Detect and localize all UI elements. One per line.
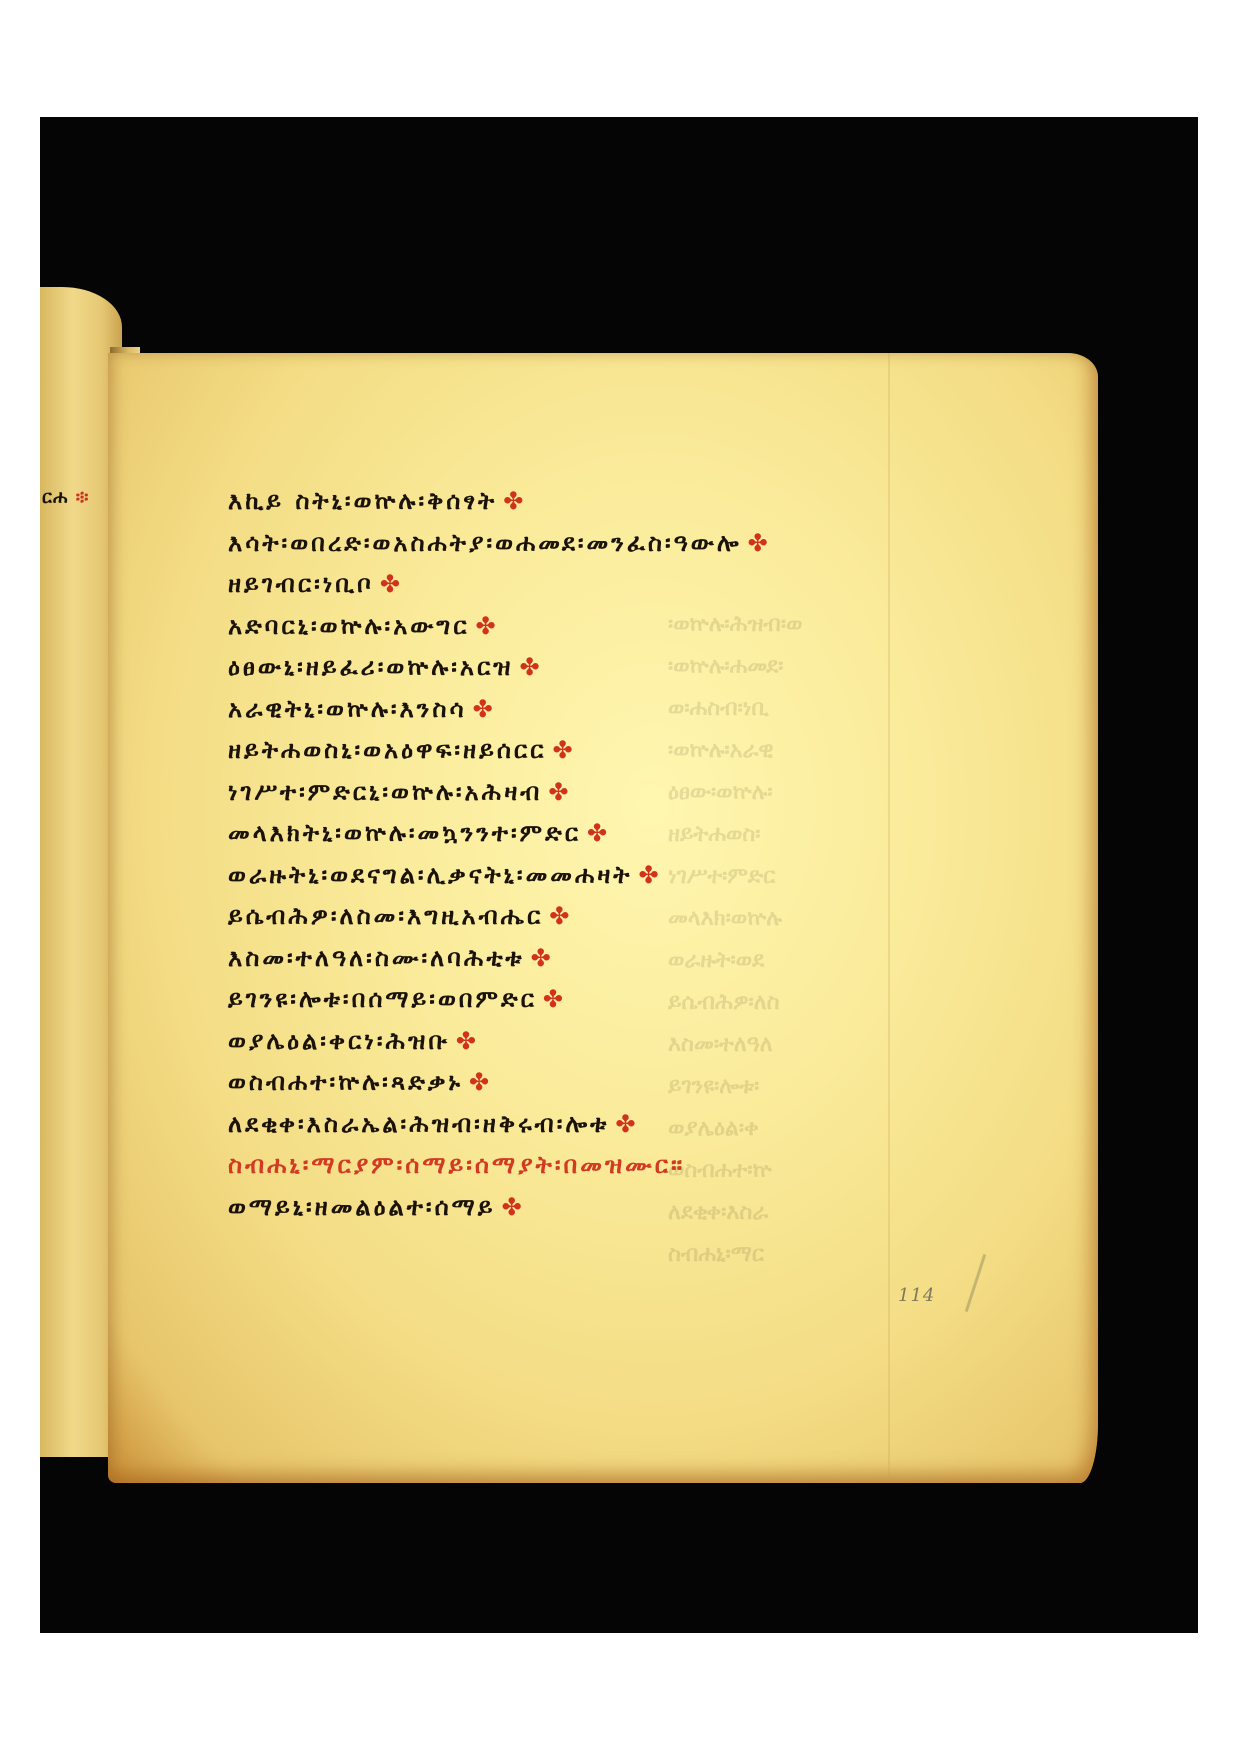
line-text: ወስብሐተ፡ኵሉ፡ጻድቃኑ	[228, 1068, 463, 1096]
cross-ornament-icon: ✤	[543, 985, 566, 1013]
line-text: እሳት፡ወበረድ፡ወአስሐትያ፡ወሐመደ፡መንፈስ፡ዓውሎ	[228, 529, 742, 557]
cross-ornament-icon: ✤	[549, 902, 572, 930]
text-line: ዕፀውኒ፡ዘይፈሪ፡ወኵሉ፡አርዝ✤	[228, 647, 988, 689]
text-line: መላእክትኒ፡ወኵሉ፡መኳንንተ፡ምድር✤	[228, 813, 988, 855]
text-line: እሳት፡ወበረድ፡ወአስሐትያ፡ወሐመደ፡መንፈስ፡ዓውሎ✤	[228, 523, 988, 565]
cross-ornament-icon: ✤	[520, 653, 543, 681]
cross-ornament-icon: ✤	[473, 695, 496, 723]
line-text: ለደቂቀ፡እስራኤል፡ሕዝብ፡ዘቅሩብ፡ሎቱ	[228, 1110, 609, 1138]
line-text: ነገሥተ፡ምድርኒ፡ወኵሉ፡አሕዛብ	[228, 778, 542, 806]
cross-ornament-icon: ✤	[748, 529, 771, 557]
text-line: ወማይኒ፡ዘመልዕልተ፡ሰማይ✤	[228, 1187, 988, 1229]
line-text: መላእክትኒ፡ወኵሉ፡መኳንንተ፡ምድር	[228, 819, 581, 847]
cross-ornament-icon: ✤	[469, 1068, 492, 1096]
line-text: አራዊትኒ፡ወኵሉ፡እንስሳ	[228, 695, 467, 723]
text-line: ይገንዩ፡ሎቱ፡በሰማይ፡ወበምድር✤	[228, 979, 988, 1021]
cross-ornament-icon: ✤	[587, 819, 610, 847]
text-line: ለደቂቀ፡እስራኤል፡ሕዝብ፡ዘቅሩብ፡ሎቱ✤	[228, 1104, 988, 1146]
line-text: ይሴብሕዎ፡ለስመ፡እግዚአብሔር	[228, 902, 543, 930]
text-line: ወያሌዕል፡ቀርነ፡ሕዝቡ✤	[228, 1021, 988, 1063]
line-text: ዘይገብር፡ነቢቦ	[228, 570, 374, 598]
text-line: እኪይ ስትኒ፡ወኵሉ፡ቅሰፃት✤	[228, 481, 988, 523]
line-text: ወማይኒ፡ዘመልዕልተ፡ሰማይ	[228, 1193, 496, 1221]
text-line: ዘይትሐወስኒ፡ወአዕዋፍ፡ዘይሰርር✤	[228, 730, 988, 772]
text-line: እስመ፡ተለዓለ፡ስሙ፡ለባሕቲቱ✤	[228, 938, 988, 980]
line-text: ዘይትሐወስኒ፡ወአዕዋፍ፡ዘይሰርር	[228, 736, 546, 764]
text-line: ወራዙትኒ፡ወደናግል፡ሊቃናትኒ፡መመሐዛት✤	[228, 855, 988, 897]
text-line: አራዊትኒ፡ወኵሉ፡እንስሳ✤	[228, 689, 988, 731]
cross-ornament-icon: ✤	[615, 1110, 638, 1138]
cross-ornament-icon: ✤	[475, 612, 498, 640]
facing-page-text-fragment: ርሐ ፨	[42, 487, 89, 508]
cross-ornament-icon: ✤	[503, 487, 526, 515]
cross-ornament-icon: ✤	[456, 1027, 479, 1055]
cross-ornament-icon: ✤	[552, 736, 575, 764]
line-text: እኪይ ስትኒ፡ወኵሉ፡ቅሰፃት	[228, 487, 497, 515]
line-text: ስብሐኒ፡ማርያም፡ሰማይ፡ሰማያት፡በመዝሙር	[228, 1151, 671, 1179]
manuscript-text-block: እኪይ ስትኒ፡ወኵሉ፡ቅሰፃት✤እሳት፡ወበረድ፡ወአስሐትያ፡ወሐመደ፡መን…	[228, 481, 988, 1228]
text-line: ይሴብሕዎ፡ለስመ፡እግዚአብሔር✤	[228, 896, 988, 938]
line-text: እስመ፡ተለዓለ፡ስሙ፡ለባሕቲቱ	[228, 944, 525, 972]
cross-ornament-icon: ✤	[502, 1193, 525, 1221]
line-text: ወያሌዕል፡ቀርነ፡ሕዝቡ	[228, 1027, 450, 1055]
line-text: ዕፀውኒ፡ዘይፈሪ፡ወኵሉ፡አርዝ	[228, 653, 514, 681]
manuscript-photo: ርሐ ፨ ፡ወኵሉ፡ሕዝብ፡ወ፡ወኵሉ፡ሐመደ፡ወ፡ሐስብ፡ነቢ፡ወኵሉ፡አራዊ…	[40, 117, 1198, 1633]
text-line: አድባርኒ፡ወኵሉ፡አውግር✤	[228, 606, 988, 648]
text-line: ወስብሐተ፡ኵሉ፡ጻድቃኑ✤	[228, 1062, 988, 1104]
cross-ornament-icon: ✤	[548, 778, 571, 806]
cross-ornament-icon: ✤	[639, 861, 662, 889]
full-stop-mark: ።	[671, 1151, 685, 1179]
line-text: ይገንዩ፡ሎቱ፡በሰማይ፡ወበምድር	[228, 985, 537, 1013]
text-line: ዘይገብር፡ነቢቦ✤	[228, 564, 988, 606]
fragment-text: ርሐ	[42, 487, 68, 508]
fragment-mark: ፨	[76, 487, 90, 508]
line-text: አድባርኒ፡ወኵሉ፡አውግር	[228, 612, 469, 640]
text-line: ነገሥተ፡ምድርኒ፡ወኵሉ፡አሕዛብ✤	[228, 772, 988, 814]
line-text: ወራዙትኒ፡ወደናግል፡ሊቃናትኒ፡መመሐዛት	[228, 861, 633, 889]
cross-ornament-icon: ✤	[380, 570, 403, 598]
rubric-line: ስብሐኒ፡ማርያም፡ሰማይ፡ሰማያት፡በመዝሙር።	[228, 1145, 988, 1187]
manuscript-page: ፡ወኵሉ፡ሕዝብ፡ወ፡ወኵሉ፡ሐመደ፡ወ፡ሐስብ፡ነቢ፡ወኵሉ፡አራዊዕፀው፡ወ…	[108, 353, 1098, 1483]
cross-ornament-icon: ✤	[531, 944, 554, 972]
folio-number: 114	[898, 1285, 935, 1306]
